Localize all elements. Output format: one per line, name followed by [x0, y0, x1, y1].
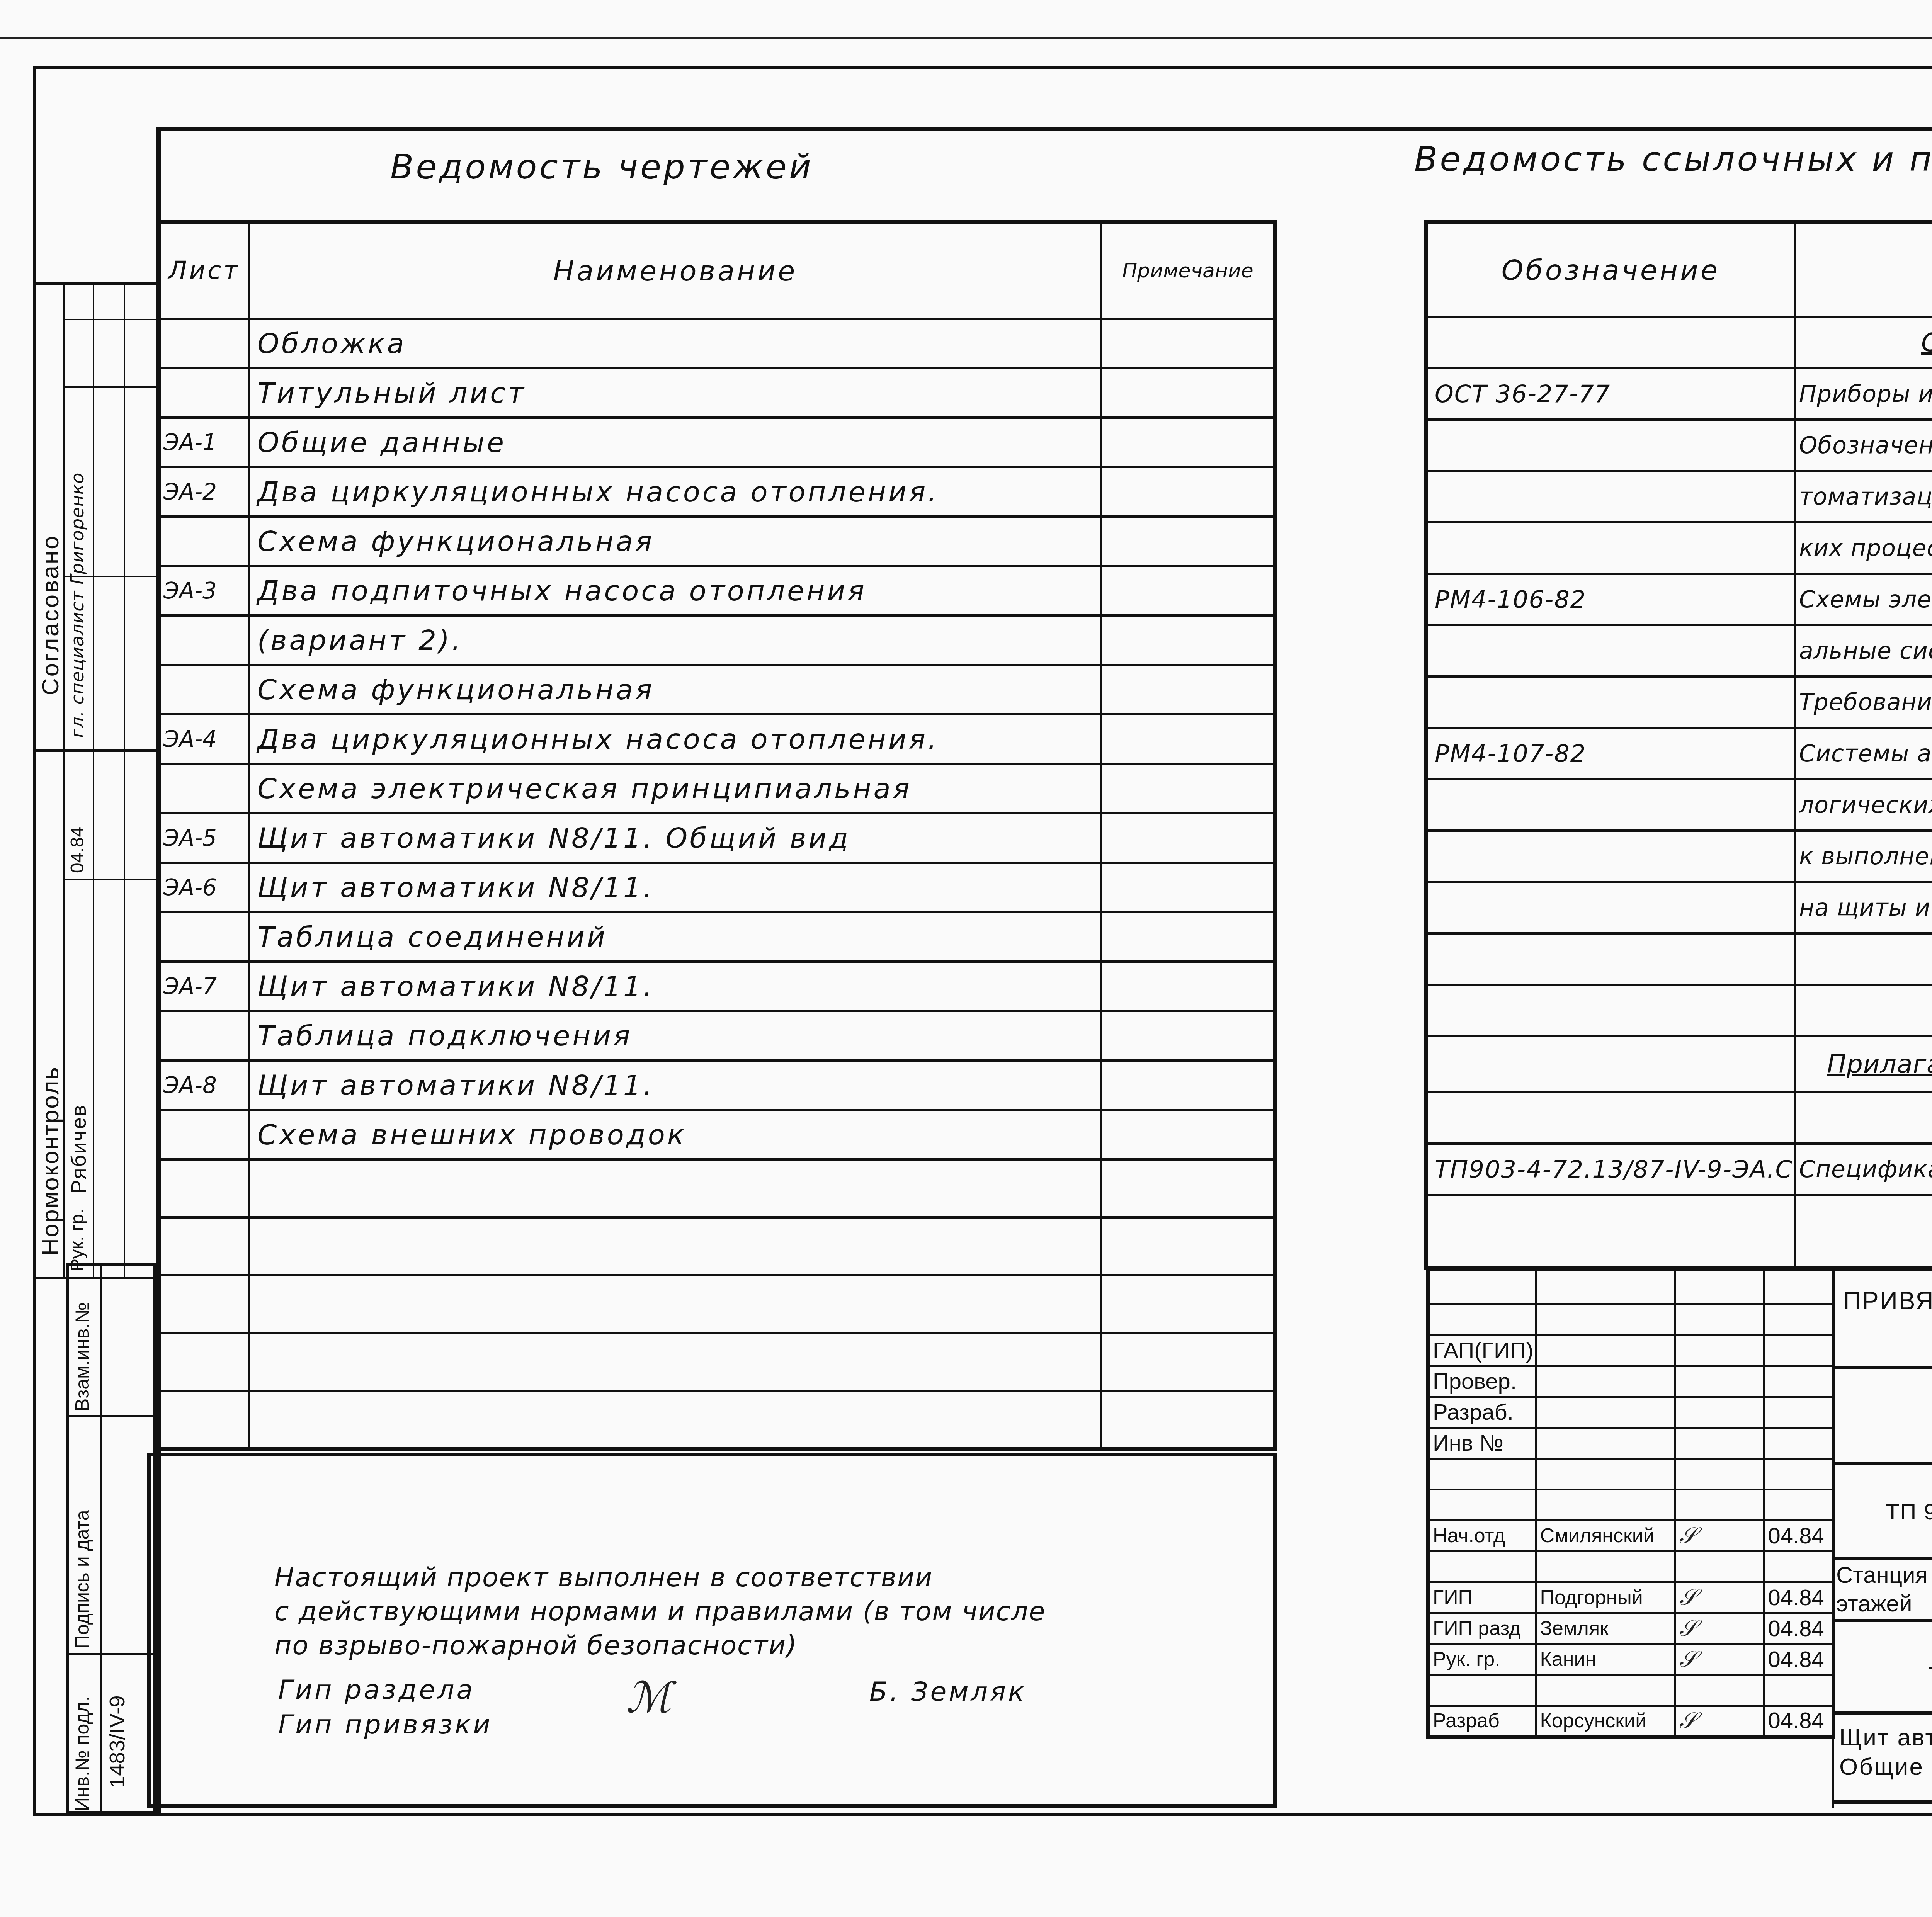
role-binding-chief: Гип привязки — [278, 1708, 492, 1742]
cell-sheet — [158, 764, 249, 813]
norm-control-label: Нормоконтроль — [37, 1066, 64, 1256]
cell — [1536, 1366, 1675, 1397]
signature-icon: 𝒮 — [1675, 1706, 1764, 1737]
table-row: Прилагаемые документы (альбом V) — [1426, 1036, 1932, 1092]
sign-date-label: Подпись и дата — [71, 1510, 94, 1649]
header-sheet: Лист — [158, 222, 249, 319]
cell-name: Таблица соединений — [249, 912, 1101, 962]
cell — [1675, 1489, 1764, 1520]
cell-designation — [1426, 882, 1795, 933]
inv-orig-label: Инв.№ подл. — [71, 1696, 94, 1811]
cell-sheet — [158, 368, 249, 418]
cell-name: Щит автоматики N8/11. — [249, 1060, 1101, 1110]
cell-designation — [1426, 420, 1795, 471]
table-row — [1426, 985, 1932, 1036]
cell-name: Канин — [1536, 1644, 1675, 1675]
norm-control-name: Рябичев — [67, 1104, 91, 1194]
cell-name: Ссылочные документы — [1795, 317, 1932, 368]
compliance-note: Настоящий проект выполнен в соответствии… — [274, 1561, 1046, 1663]
table-row: ЭА-6Щит автоматики N8/11. — [158, 863, 1275, 912]
cell-designation — [1426, 933, 1795, 985]
table-row: ОСТ 36-27-77Приборы и средства автоматиз… — [1426, 368, 1932, 420]
table-row: альные систем автоматизации. — [1426, 625, 1932, 676]
inv-orig-value: 1483/IV-9 — [104, 1695, 129, 1788]
cell-designation: РМ4-106-82 — [1426, 574, 1795, 625]
cell — [1428, 1458, 1536, 1489]
cell-name: Схема внешних проводок — [249, 1110, 1101, 1159]
table-row: ЭА-7Щит автоматики N8/11. — [158, 962, 1275, 1011]
table-row: Схема внешних проводок — [158, 1110, 1275, 1159]
cell-name: томатизации технологичес- — [1795, 471, 1932, 522]
cell-sheet — [158, 1011, 249, 1060]
cell-designation — [1426, 985, 1795, 1036]
table-row — [158, 1391, 1275, 1449]
cell-name: к выполнению документации — [1795, 831, 1932, 882]
type-label: Тип II Б — [1928, 1661, 1932, 1690]
cell — [1764, 1428, 1833, 1458]
title-block-signatures: ГАП(ГИП) Провер. Разраб. Инв № Нач.отдСм… — [1426, 1267, 1835, 1739]
header-designation: Обозначение — [1426, 222, 1795, 317]
cell-designation — [1426, 625, 1795, 676]
table-row: ЭА-1Общие данные — [158, 418, 1275, 467]
cell-note — [1101, 615, 1275, 665]
cell — [1675, 1397, 1764, 1428]
cell — [1675, 1304, 1764, 1335]
title-block-main: ПРИВЯЗАН: ТП 903-4-72.13/87-IV-9-ЭА-1 Ст… — [1832, 1267, 1932, 1804]
cell-name: Два подпиточных насоса отопления — [249, 566, 1101, 615]
cell-name: Прилагаемые документы (альбом V) — [1795, 1036, 1932, 1092]
cell — [1764, 1458, 1833, 1489]
cell-name: Земляк — [1536, 1613, 1675, 1644]
cell-note — [1101, 912, 1275, 962]
cell-sheet: ЭА-4 — [158, 714, 249, 764]
cell-note — [1101, 764, 1275, 813]
cell-designation — [1426, 779, 1795, 831]
table-row: ТП903-4-72.13/87-IV-9-ЭА.С01Спецификация… — [1426, 1144, 1932, 1195]
cell — [1536, 1428, 1675, 1458]
cell-sheet — [158, 1217, 249, 1275]
cell-name: на щиты и пульты — [1795, 882, 1932, 933]
cell-note — [1101, 1391, 1275, 1449]
cell-name: Два циркуляционных насоса отопления. — [249, 467, 1101, 517]
table-row: логических процессов. Требования — [1426, 779, 1932, 831]
cell-date: 04.84 — [1764, 1613, 1833, 1644]
cell-name: Щит автоматики N8/11. — [249, 962, 1101, 1011]
cell-note — [1101, 1110, 1275, 1159]
table-row — [158, 1275, 1275, 1333]
cell-name: Подгорный — [1536, 1582, 1675, 1613]
cell-sheet — [158, 912, 249, 962]
header-name: Наименование — [1795, 222, 1932, 317]
cell-date — [1764, 1551, 1833, 1582]
signature-row: Нач.отдСмилянский𝒮04.84 — [1428, 1520, 1833, 1551]
cell-name: (вариант 2). — [249, 615, 1101, 665]
cell-designation — [1426, 522, 1795, 574]
cell-date — [1764, 1675, 1833, 1706]
table-row: ЭА-8Щит автоматики N8/11. — [158, 1060, 1275, 1110]
cell-designation — [1426, 831, 1795, 882]
cell-name: логических процессов. Требования — [1795, 779, 1932, 831]
cell-name: Требования к выполнению — [1795, 676, 1932, 728]
cell — [1764, 1304, 1833, 1335]
table-row: Обложка — [158, 319, 1275, 368]
signature-row: ГИП раздЗемляк𝒮04.84 — [1428, 1613, 1833, 1644]
table-row: РМ4-107-82Системы автоматизации техно- — [1426, 728, 1932, 779]
cell-sheet — [158, 517, 249, 566]
signer-name: Б. Земляк — [869, 1677, 1026, 1707]
drawings-list-title: Ведомость чертежей — [390, 147, 813, 187]
cell-note — [1101, 517, 1275, 566]
cell-name: Схемы электрические принципи- — [1795, 574, 1932, 625]
cell-sheet: ЭА-1 — [158, 418, 249, 467]
cell-sheet — [158, 665, 249, 714]
cell-sheet — [158, 1159, 249, 1217]
cell-note — [1101, 813, 1275, 863]
cell-name: Схема функциональная — [249, 517, 1101, 566]
note-line: Настоящий проект выполнен в соответствии — [274, 1561, 1046, 1595]
table-row: ЭА-4Два циркуляционных насоса отопления. — [158, 714, 1275, 764]
cell-role — [1428, 1551, 1536, 1582]
table-row: Схема электрическая принципиальная — [158, 764, 1275, 813]
agreed-label: Согласовано — [37, 534, 64, 695]
left-stamp: Согласовано гл. специалист Григоренко Но… — [33, 282, 156, 1277]
cell-designation — [1426, 471, 1795, 522]
cell-designation — [1426, 1092, 1795, 1144]
cell — [1428, 1489, 1536, 1520]
cell-note — [1101, 467, 1275, 517]
cell-sheet — [158, 1391, 249, 1449]
cell — [1764, 1489, 1833, 1520]
cell-date: 04.84 — [1764, 1644, 1833, 1675]
table-row: Ссылочные документы — [1426, 317, 1932, 368]
cell-sheet: ЭА-7 — [158, 962, 249, 1011]
norm-control-date: 04.84 — [67, 827, 88, 873]
cell-designation: ОСТ 36-27-77 — [1426, 368, 1795, 420]
cell-note — [1101, 1011, 1275, 1060]
cell-sheet: ЭА-3 — [158, 566, 249, 615]
cell-name: Корсунский — [1536, 1706, 1675, 1737]
cell-designation — [1426, 1036, 1795, 1092]
cell-name — [1795, 1195, 1932, 1268]
cell — [1536, 1335, 1675, 1366]
label-gap: ГАП(ГИП) — [1428, 1335, 1536, 1366]
cell-note — [1101, 1159, 1275, 1217]
table-row: Требования к выполнению — [1426, 676, 1932, 728]
cell-role: Нач.отд — [1428, 1520, 1536, 1551]
role-section-chief: Гип раздела — [278, 1673, 492, 1708]
cell-name: Смилянский — [1536, 1520, 1675, 1551]
cell-note — [1101, 418, 1275, 467]
cell-name — [1795, 1092, 1932, 1144]
cell-name — [1795, 933, 1932, 985]
signature-row: Рук. гр.Канин𝒮04.84 — [1428, 1644, 1833, 1675]
cell-name: Щит автоматики N8/11. Общий вид — [249, 813, 1101, 863]
cell-role: Разраб — [1428, 1706, 1536, 1737]
cell-sheet: ЭА-5 — [158, 813, 249, 863]
cell-name: Титульный лист — [249, 368, 1101, 418]
cell-sheet — [158, 615, 249, 665]
roles: Гип раздела Гип привязки — [278, 1673, 492, 1742]
cell — [1536, 1269, 1675, 1304]
cell-name: Щит автоматики N8/11. — [249, 863, 1101, 912]
cell — [1764, 1366, 1833, 1397]
cell-note — [1101, 1275, 1275, 1333]
references-table: Обозначение Наименование Примечан. Ссыло… — [1424, 220, 1932, 1270]
table-row: ЭА-5Щит автоматики N8/11. Общий вид — [158, 813, 1275, 863]
cell — [1428, 1304, 1536, 1335]
cell-name — [249, 1275, 1101, 1333]
cell-sheet — [158, 319, 249, 368]
table-row: Титульный лист — [158, 368, 1275, 418]
cell-sheet: ЭА-2 — [158, 467, 249, 517]
drawing-title: Щит автоматики N8/11. Общие данные — [1839, 1723, 1932, 1782]
project-title: Станция тепловодоснабжения жилых домов в… — [1836, 1561, 1932, 1618]
cell — [1675, 1269, 1764, 1304]
document-code: ТП 903-4-72.13/87-IV-9-ЭА-1 — [1886, 1499, 1932, 1525]
table-row — [1426, 1092, 1932, 1144]
label-checked: Провер. — [1428, 1366, 1536, 1397]
signature-icon: 𝒮 — [1675, 1520, 1764, 1551]
cell-sheet: ЭА-6 — [158, 863, 249, 912]
cell-name: альные систем автоматизации. — [1795, 625, 1932, 676]
cell-note — [1101, 319, 1275, 368]
norm-control-role: Рук. гр. — [67, 1209, 88, 1271]
cell-note — [1101, 1333, 1275, 1391]
cell — [1675, 1428, 1764, 1458]
cell-role: ГИП — [1428, 1582, 1536, 1613]
inventory-stamp: Взам.инв.№ Подпись и дата Инв.№ подл. 14… — [66, 1263, 156, 1814]
cell — [1675, 1458, 1764, 1489]
table-row: на щиты и пульты — [1426, 882, 1932, 933]
signature-icon: ℳ — [626, 1673, 672, 1722]
header-note: Примечание — [1101, 222, 1275, 319]
cell-sheet — [158, 1275, 249, 1333]
signature-row: ГИППодгорный𝒮04.84 — [1428, 1582, 1833, 1613]
cell-sheet — [158, 1110, 249, 1159]
cell-name — [249, 1391, 1101, 1449]
agreed-signer: гл. специалист Григоренко — [67, 472, 88, 738]
cell-name — [1536, 1551, 1675, 1582]
cell-name — [1795, 985, 1932, 1036]
sheet-top-edge — [0, 37, 1932, 39]
cell-note — [1101, 1217, 1275, 1275]
cell-designation — [1426, 1195, 1795, 1268]
table-row — [1426, 933, 1932, 985]
cell-note — [1101, 714, 1275, 764]
cell-name: Схема электрическая принципиальная — [249, 764, 1101, 813]
signature-row — [1428, 1675, 1833, 1706]
cell — [1428, 1269, 1536, 1304]
cell-name — [249, 1217, 1101, 1275]
cell-note — [1101, 368, 1275, 418]
cell — [1536, 1489, 1675, 1520]
cell-name: Общие данные — [249, 418, 1101, 467]
label-developed: Разраб. — [1428, 1397, 1536, 1428]
cell-note — [1101, 665, 1275, 714]
cell-date: 04.84 — [1764, 1706, 1833, 1737]
note-line: по взрыво-пожарной безопасности) — [274, 1629, 1046, 1663]
cell — [1675, 1335, 1764, 1366]
inv-swap-label: Взам.инв.№ — [71, 1302, 94, 1411]
signature-icon: 𝒮 — [1675, 1582, 1764, 1613]
note-line: с действующими нормами и правилами (в то… — [274, 1595, 1046, 1629]
cell-sheet: ЭА-8 — [158, 1060, 249, 1110]
note-block: Настоящий проект выполнен в соответствии… — [147, 1453, 1277, 1808]
table-row: Таблица подключения — [158, 1011, 1275, 1060]
drawings-table: Лист Наименование Примечание ОбложкаТиту… — [156, 220, 1277, 1451]
table-row: Таблица соединений — [158, 912, 1275, 962]
cell — [1536, 1397, 1675, 1428]
cell-role: Рук. гр. — [1428, 1644, 1536, 1675]
cell-name — [249, 1333, 1101, 1391]
table-row: ЭА-3Два подпиточных насоса отопления — [158, 566, 1275, 615]
references-list-title: Ведомость ссылочных и прилагаемых докуме… — [1414, 139, 1932, 179]
cell-signature — [1675, 1551, 1764, 1582]
signature-row — [1428, 1551, 1833, 1582]
cell — [1675, 1366, 1764, 1397]
signature-icon: 𝒮 — [1675, 1644, 1764, 1675]
cell-designation — [1426, 317, 1795, 368]
cell-name: Обозначения условные в схемах ав- — [1795, 420, 1932, 471]
cell-name: Таблица подключения — [249, 1011, 1101, 1060]
cell-name: Системы автоматизации техно- — [1795, 728, 1932, 779]
table-row — [158, 1159, 1275, 1217]
cell-role — [1428, 1675, 1536, 1706]
table-row: Схема функциональная — [158, 517, 1275, 566]
cell-name — [1536, 1675, 1675, 1706]
cell — [1764, 1397, 1833, 1428]
cell-note — [1101, 962, 1275, 1011]
table-row — [158, 1333, 1275, 1391]
signature-icon: 𝒮 — [1675, 1613, 1764, 1644]
cell — [1536, 1304, 1675, 1335]
table-row: (вариант 2). — [158, 615, 1275, 665]
header-name: Наименование — [249, 222, 1101, 319]
cell — [1536, 1458, 1675, 1489]
cell-designation: ТП903-4-72.13/87-IV-9-ЭА.С01 — [1426, 1144, 1795, 1195]
cell-name: Два циркуляционных насоса отопления. — [249, 714, 1101, 764]
table-row: ких процессов — [1426, 522, 1932, 574]
cell-sheet — [158, 1333, 249, 1391]
cell-note — [1101, 566, 1275, 615]
cell-designation: РМ4-107-82 — [1426, 728, 1795, 779]
cell-note — [1101, 863, 1275, 912]
cell-signature — [1675, 1675, 1764, 1706]
bound-label: ПРИВЯЗАН: — [1843, 1286, 1932, 1315]
cell-date: 04.84 — [1764, 1520, 1833, 1551]
cell-date: 04.84 — [1764, 1582, 1833, 1613]
table-row: к выполнению документации — [1426, 831, 1932, 882]
cell-name: Приборы и средства автоматизац. — [1795, 368, 1932, 420]
table-row: Схема функциональная — [158, 665, 1275, 714]
table-row: Обозначения условные в схемах ав- — [1426, 420, 1932, 471]
cell-name: ких процессов — [1795, 522, 1932, 574]
table-row: РМ4-106-82Схемы электрические принципи- — [1426, 574, 1932, 625]
signature-row: РазрабКорсунский𝒮04.84 — [1428, 1706, 1833, 1737]
table-row: томатизации технологичес- — [1426, 471, 1932, 522]
title-block: ГАП(ГИП) Провер. Разраб. Инв № Нач.отдСм… — [1426, 1267, 1932, 1804]
cell-name: Обложка — [249, 319, 1101, 368]
cell-designation — [1426, 676, 1795, 728]
cell — [1764, 1335, 1833, 1366]
cell-note — [1101, 1060, 1275, 1110]
cell-name — [249, 1159, 1101, 1217]
cell-name: Схема функциональная — [249, 665, 1101, 714]
cell-name: Спецификация щита автоматики N8/11 — [1795, 1144, 1932, 1195]
cell — [1764, 1269, 1833, 1304]
table-row: ЭА-2Два циркуляционных насоса отопления. — [158, 467, 1275, 517]
cell-role: ГИП разд — [1428, 1613, 1536, 1644]
table-row — [158, 1217, 1275, 1275]
label-inv: Инв № — [1428, 1428, 1536, 1458]
table-row — [1426, 1195, 1932, 1268]
